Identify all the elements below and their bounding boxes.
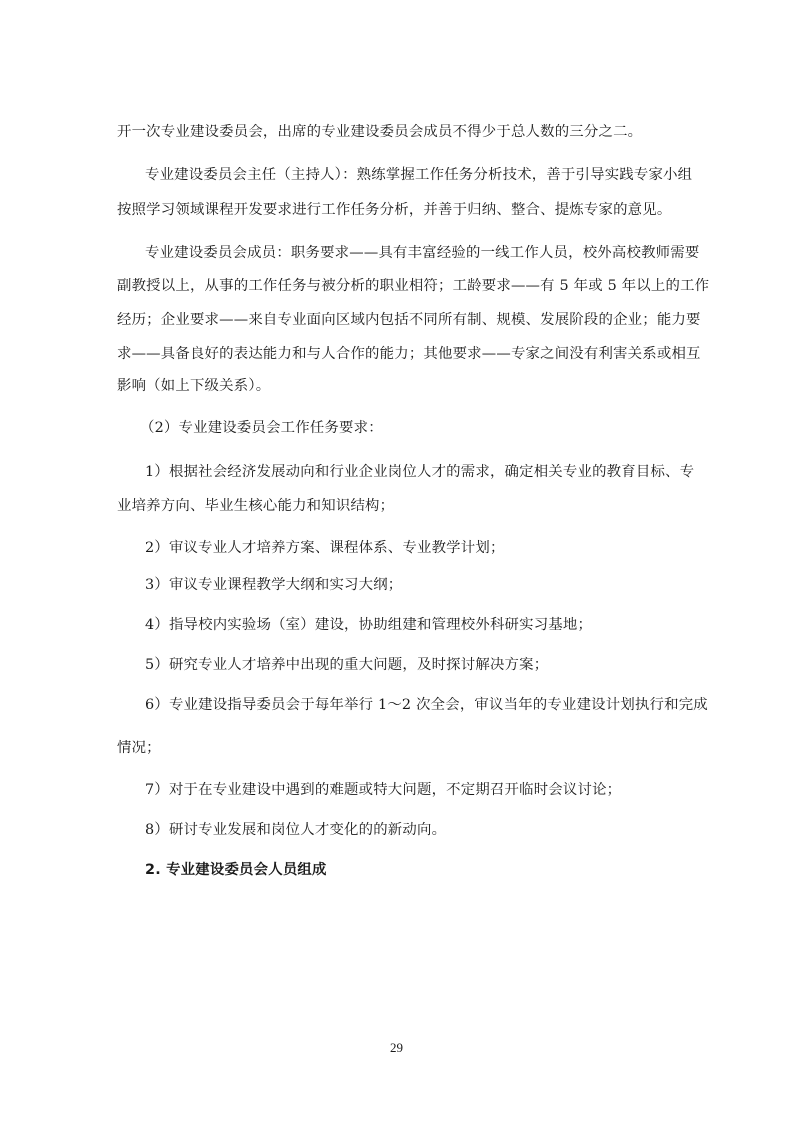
list-item: 3）审议专业课程教学大纲和实习大纲； (145, 575, 402, 595)
paragraph-line: 求——具备良好的表达能力和与人合作的能力；其他要求——专家之间没有利害关系或相互 (117, 344, 701, 364)
section-subheading: （2）专业建设委员会工作任务要求： (140, 418, 383, 438)
list-item-continuation: 业培养方向、毕业生核心能力和知识结构； (117, 496, 394, 516)
paragraph-line: 专业建设委员会主任（主持人）：熟练掌握工作任务分析技术，善于引导实践专家小组 (145, 165, 692, 185)
list-item: 2）审议专业人才培养方案、课程体系、专业教学计划； (145, 538, 505, 558)
paragraph-line: 经历；企业要求——来自专业面向区域内包括不同所有制、规模、发展阶段的企业；能力要 (117, 310, 701, 330)
list-item: 1）根据社会经济发展动向和行业企业岗位人才的需求，确定相关专业的教育目标、专 (145, 462, 694, 482)
list-item: 4）指导校内实验场（室）建设，协助组建和管理校外科研实习基地； (145, 615, 592, 635)
list-item: 7）对于在专业建设中遇到的难题或特大问题，不定期召开临时会议讨论； (145, 780, 621, 800)
paragraph-line: 专业建设委员会成员：职务要求——具有丰富经验的一线工作人员，校外高校教师需要 (145, 243, 699, 263)
paragraph-line: 副教授以上，从事的工作任务与被分析的职业相符；工龄要求——有 5 年或 5 年以… (117, 276, 709, 296)
page-number: 29 (0, 1040, 793, 1056)
list-item: 5）研究专业人才培养中出现的重大问题，及时探讨解决方案； (145, 655, 548, 675)
paragraph-line: 开一次专业建设委员会，出席的专业建设委员会成员不得少于总人数的三分之二。 (117, 122, 642, 142)
paragraph-line: 影响（如上下级关系）。 (117, 376, 270, 396)
paragraph-line: 按照学习领域课程开发要求进行工作任务分析，并善于归纳、整合、提炼专家的意见。 (117, 200, 671, 220)
list-item: 8）研讨专业发展和岗位人才变化的的新动向。 (145, 820, 446, 840)
list-item: 6）专业建设指导委员会于每年举行 1～2 次全会，审议当年的专业建设计划执行和完… (145, 695, 708, 715)
section-heading: 2. 专业建设委员会人员组成 (145, 860, 327, 880)
document-page: 开一次专业建设委员会，出席的专业建设委员会成员不得少于总人数的三分之二。 专业建… (0, 0, 793, 1122)
list-item-continuation: 情况； (117, 738, 161, 758)
